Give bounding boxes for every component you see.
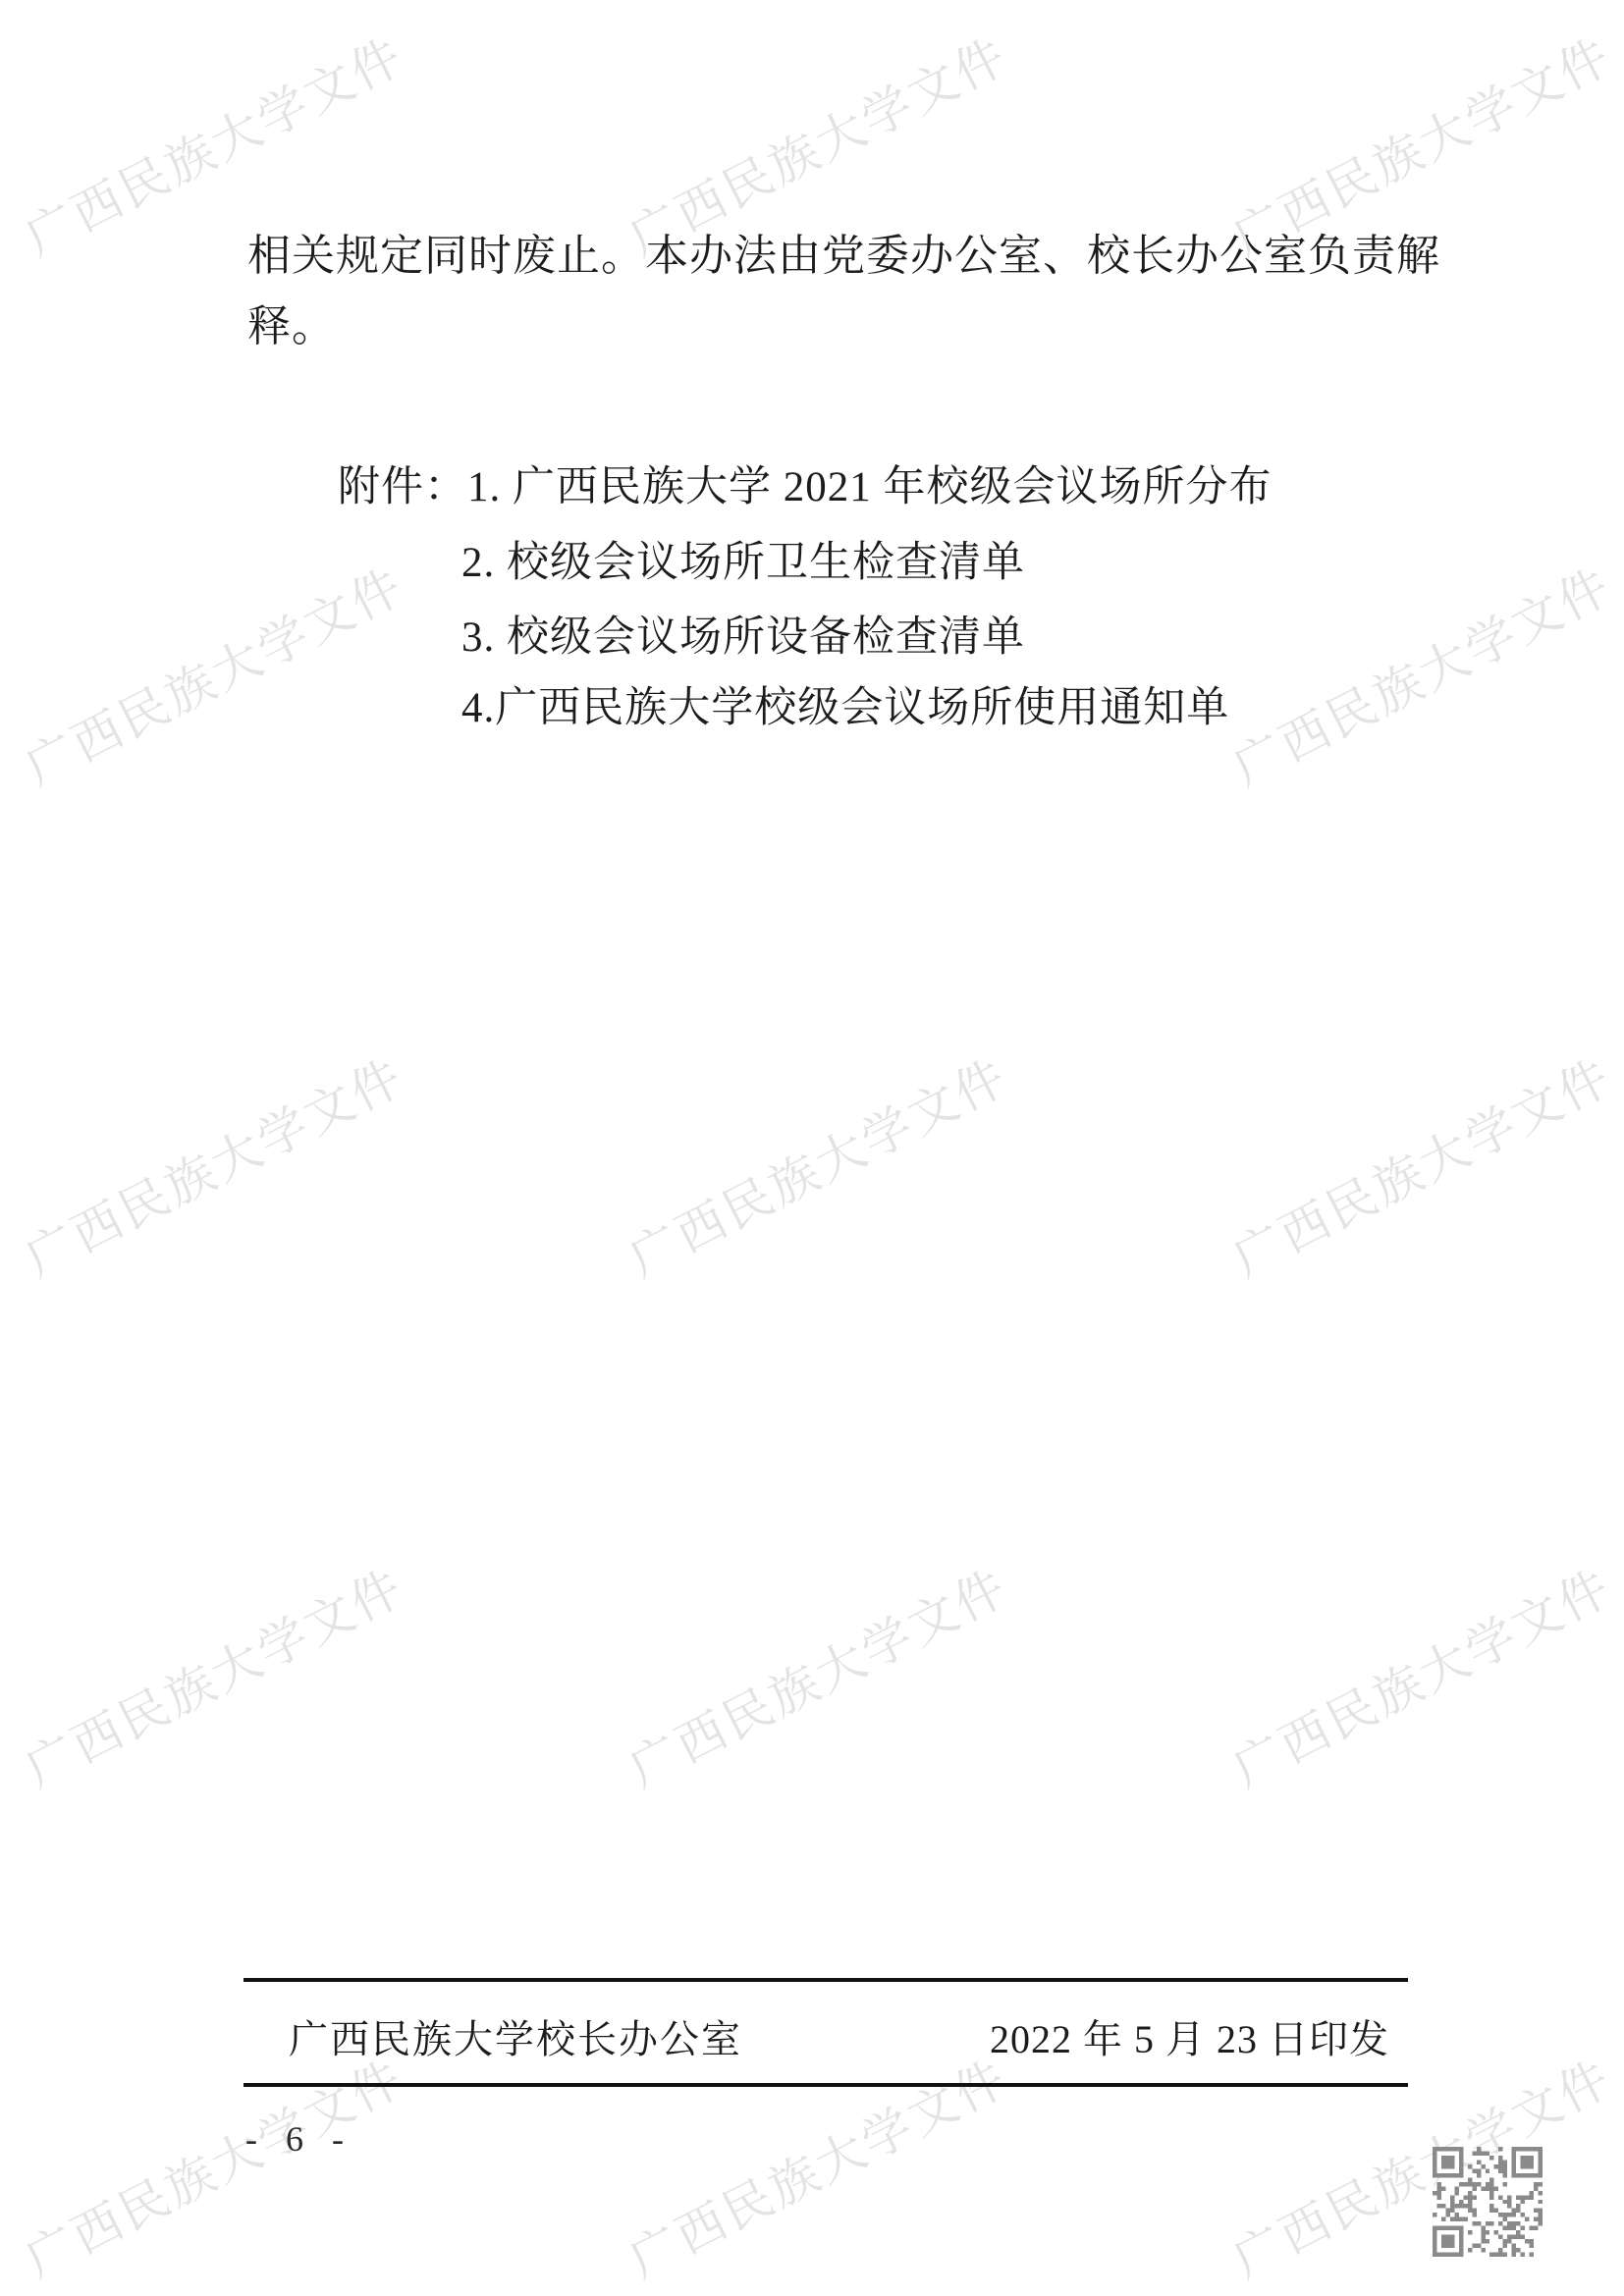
qr-code-graphic [1433,2147,1543,2257]
body-paragraph-line: 相关规定同时废止。本办法由党委办公室、校长办公室负责解 [247,220,1440,283]
footer-divider-top [244,1978,1408,1982]
footer-divider-bottom [244,2083,1408,2087]
page-number: - 6 - [245,2118,353,2160]
document-content: 相关规定同时废止。本办法由党委办公室、校长办公室负责解 释。 附件：1. 广西民… [0,0,1624,2296]
attachment-list-item: 附件：1. 广西民族大学 2021 年校级会议场所分布 [338,454,1272,513]
footer-issuer: 广西民族大学校长办公室 [289,2008,742,2064]
attachment-list-item: 2. 校级会议场所卫生检查清单 [461,529,1025,589]
document-page: 广西民族大学文件 广西民族大学文件 广西民族大学文件 广西民族大学文件 广西民族… [0,0,1624,2296]
footer-print-date: 2022 年 5 月 23 日印发 [990,2008,1389,2064]
body-paragraph-line: 释。 [247,291,336,353]
attachment-list-item: 4.广西民族大学校级会议场所使用通知单 [461,674,1229,734]
qr-code [1433,2147,1543,2257]
attachment-list-item: 3. 校级会议场所设备检查清单 [461,604,1025,664]
